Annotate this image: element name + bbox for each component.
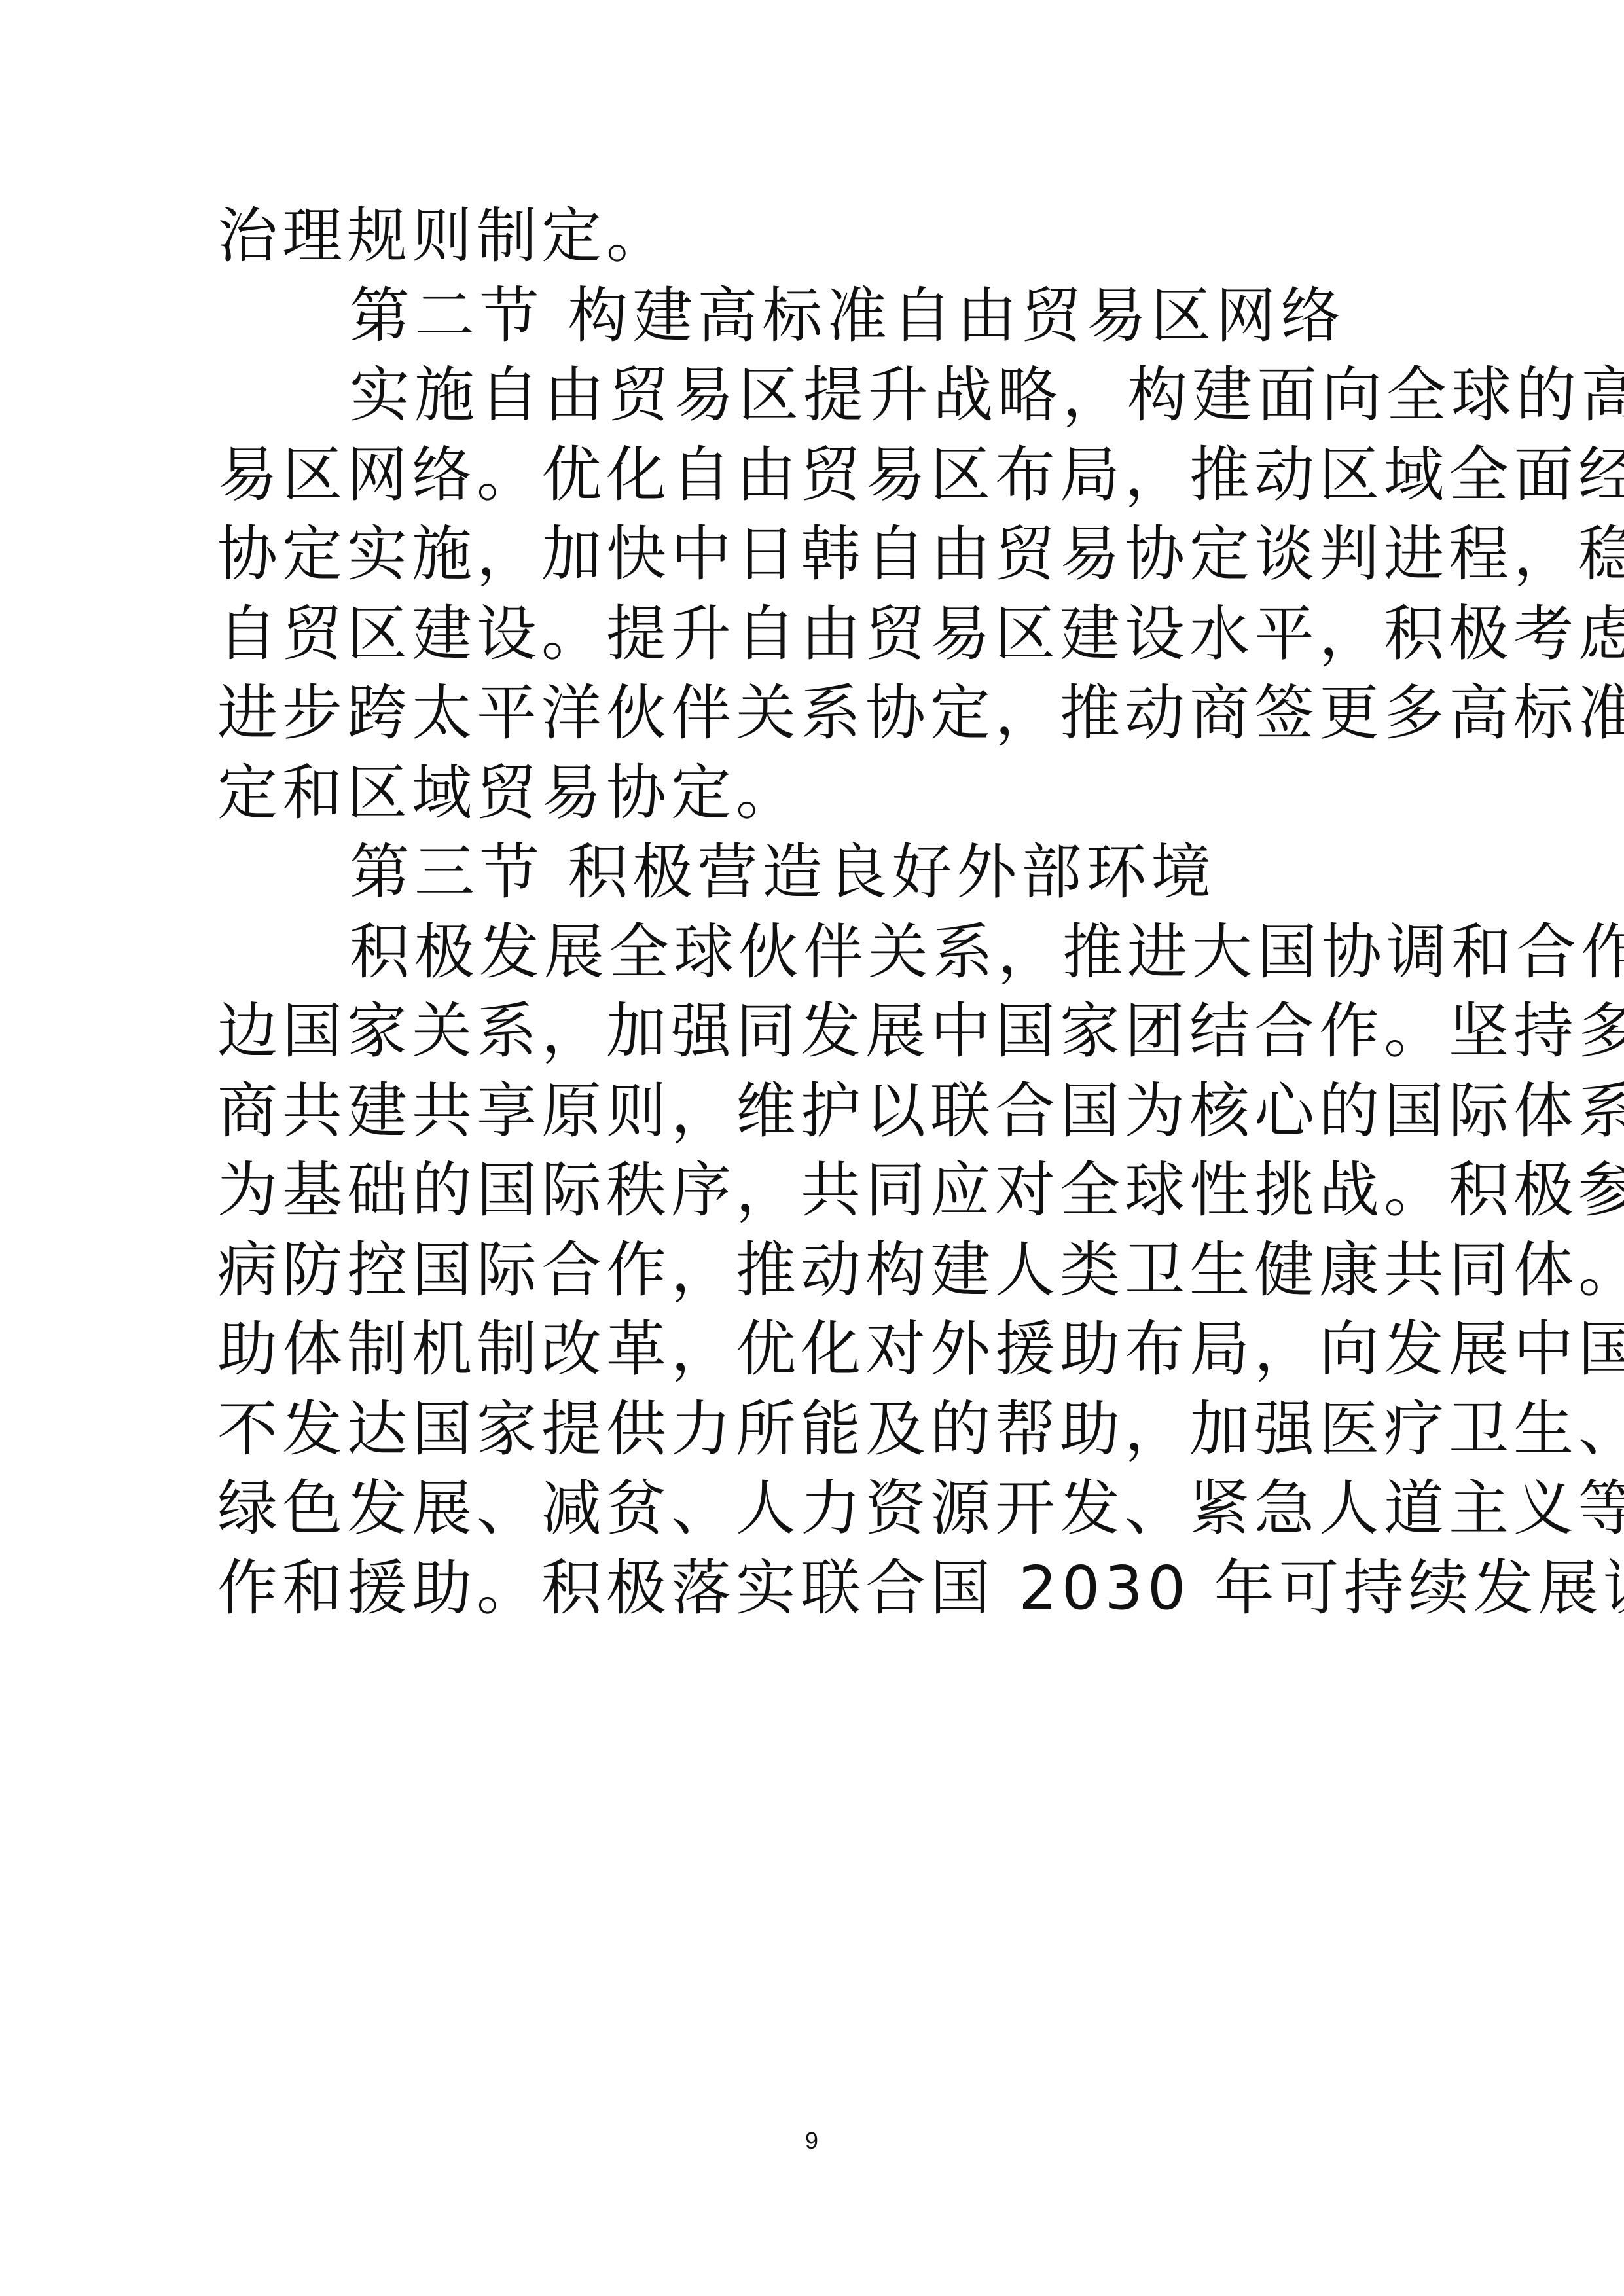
document-body: 治理规则制定。 第二节 构建高标准自由贸易区网络 实施自由贸易区提升战略，构建面… — [217, 196, 1390, 1628]
body-line: 绿色发展、减贫、人力资源开发、紧急人道主义等领域对外合 — [217, 1469, 1390, 1549]
body-line: 定和区域贸易协定。 — [217, 753, 1390, 833]
section-heading-2: 第二节 构建高标准自由贸易区网络 — [217, 276, 1390, 356]
body-line: 病防控国际合作，推动构建人类卫生健康共同体。深化对外援 — [217, 1230, 1390, 1310]
body-line: 边国家关系，加强同发展中国家团结合作。坚持多边主义和共 — [217, 992, 1390, 1071]
body-line: 进步跨太平洋伙伴关系协定，推动商签更多高标准自由贸易协 — [217, 673, 1390, 753]
body-line: 协定实施，加快中日韩自由贸易协定谈判进程，稳步推进亚太 — [217, 514, 1390, 594]
body-line: 作和援助。积极落实联合国 2030 年可持续发展议程。 — [217, 1549, 1390, 1628]
body-line: 实施自由贸易区提升战略，构建面向全球的高标准自由贸 — [217, 355, 1390, 435]
body-line: 助体制机制改革，优化对外援助布局，向发展中国家特别是最 — [217, 1310, 1390, 1390]
body-line: 易区网络。优化自由贸易区布局，推动区域全面经济伙伴关系 — [217, 435, 1390, 515]
body-line: 不发达国家提供力所能及的帮助，加强医疗卫生、科技教育、 — [217, 1390, 1390, 1469]
section-heading-3: 第三节 积极营造良好外部环境 — [217, 833, 1390, 912]
page-number: 9 — [779, 2127, 844, 2155]
document-page: 治理规则制定。 第二节 构建高标准自由贸易区网络 实施自由贸易区提升战略，构建面… — [0, 0, 1624, 2296]
body-line: 商共建共享原则，维护以联合国为核心的国际体系和以国际法 — [217, 1071, 1390, 1151]
body-line: 治理规则制定。 — [217, 196, 1390, 276]
body-line: 积极发展全球伙伴关系，推进大国协调和合作，深化同周 — [217, 912, 1390, 992]
body-line: 为基础的国际秩序，共同应对全球性挑战。积极参与重大传染 — [217, 1151, 1390, 1230]
body-line: 自贸区建设。提升自由贸易区建设水平，积极考虑加入全面与 — [217, 594, 1390, 674]
